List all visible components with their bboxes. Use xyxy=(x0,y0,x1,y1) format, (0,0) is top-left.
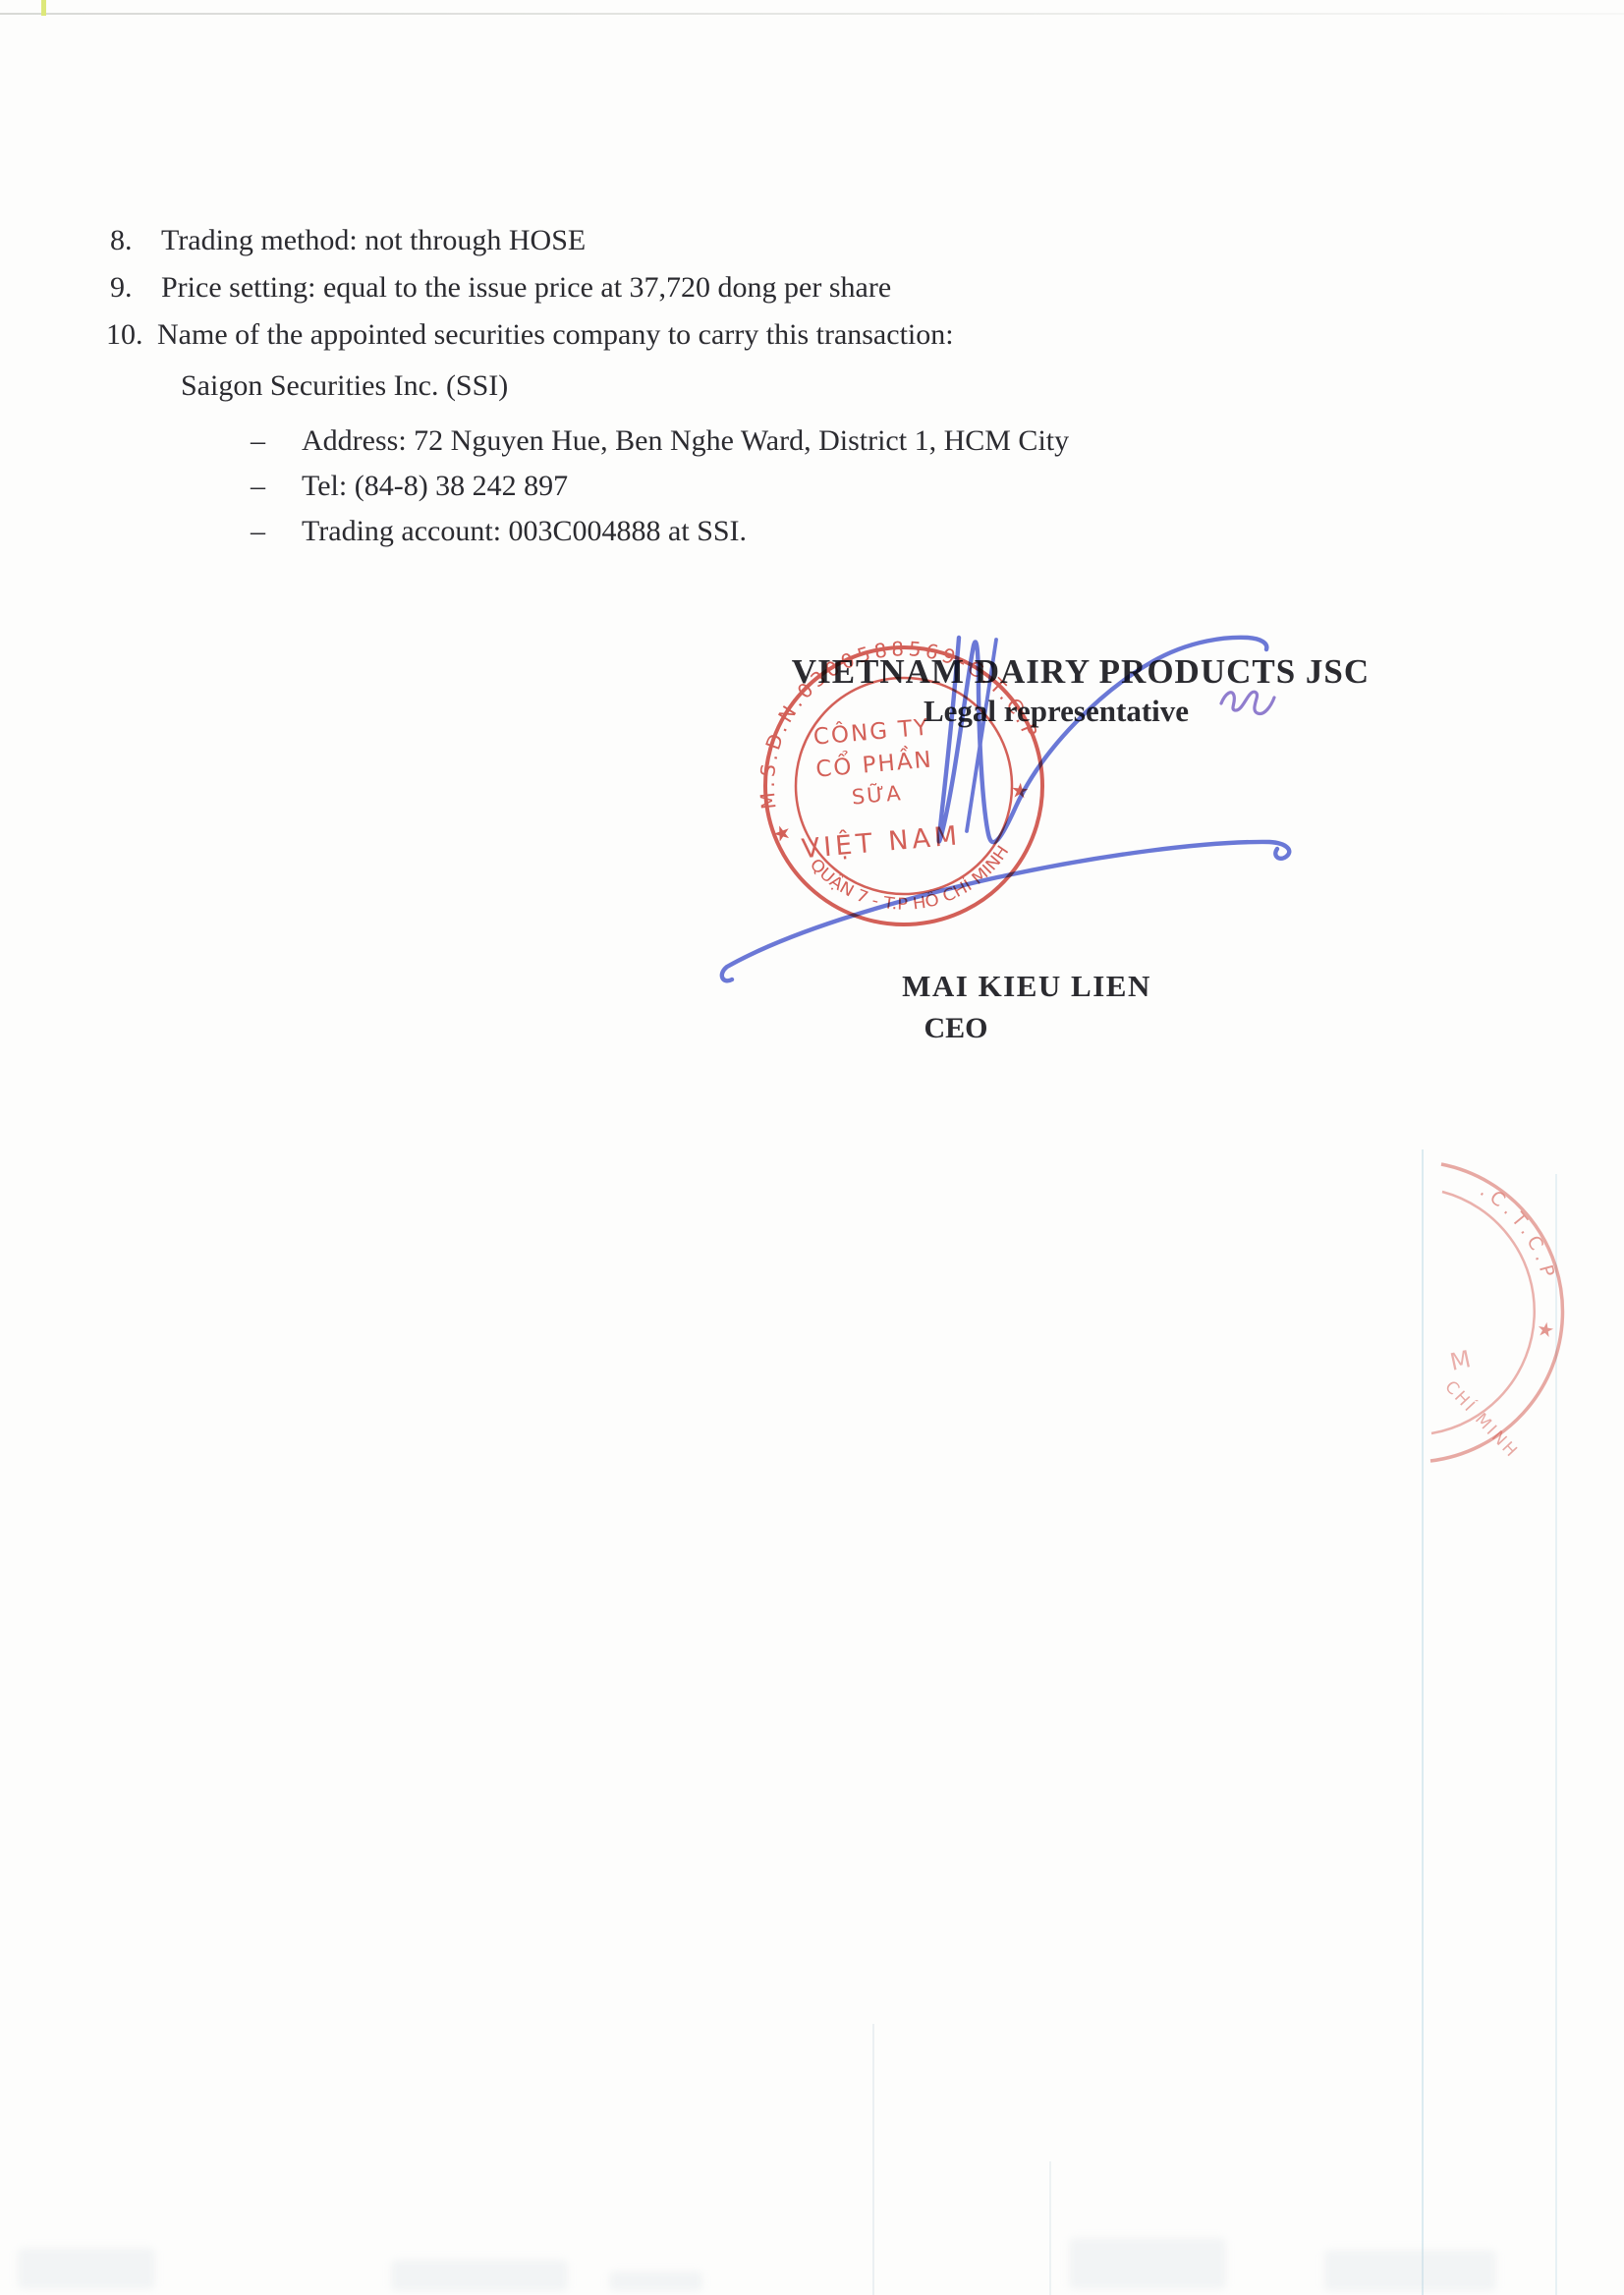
stamp-star-right-icon: ★ xyxy=(1010,778,1031,804)
scan-streak xyxy=(1555,1174,1557,2295)
stamp-center-line: SỮA xyxy=(851,779,904,809)
scan-yellow-mark xyxy=(41,0,46,16)
edge-stamp-bottom-text: CHÍ MINH xyxy=(1440,1375,1523,1462)
detail-row: –Trading account: 003C004888 at SSI. xyxy=(251,515,747,548)
scan-streak xyxy=(1049,2161,1051,2295)
edge-stamp-fragment: M xyxy=(1447,1345,1473,1376)
stamp-star-left-icon: ★ xyxy=(769,819,795,848)
signer-title: CEO xyxy=(912,1012,1000,1045)
scan-noise xyxy=(609,2271,702,2291)
dash-bullet: – xyxy=(251,515,302,548)
stamp-center-line: VIỆT NAM xyxy=(801,819,963,865)
edge-stamp-outer-arc xyxy=(1430,1164,1562,1461)
list-item: 10.Name of the appointed securities comp… xyxy=(106,318,954,352)
scan-streak xyxy=(1422,1149,1424,2295)
detail-text: Tel: (84-8) 38 242 897 xyxy=(302,470,568,502)
list-item-text: Trading method: not through HOSE xyxy=(161,224,586,256)
securities-company-line: Saigon Securities Inc. (SSI) xyxy=(181,369,508,403)
document-page: 8.Trading method: not through HOSE 9.Pri… xyxy=(0,0,1624,2295)
scan-noise xyxy=(391,2260,568,2291)
list-item-number: 9. xyxy=(110,271,161,305)
list-item-text: Name of the appointed securities company… xyxy=(157,318,954,351)
detail-text: Address: 72 Nguyen Hue, Ben Nghe Ward, D… xyxy=(302,424,1069,457)
scan-streak xyxy=(872,2024,874,2295)
dash-bullet: – xyxy=(251,424,302,458)
signer-name: MAI KIEU LIEN xyxy=(889,969,1164,1004)
dash-bullet: – xyxy=(251,470,302,503)
edge-stamp-inner-arc xyxy=(1431,1192,1535,1433)
scan-noise xyxy=(1324,2250,1496,2291)
list-item-number: 10. xyxy=(106,318,157,352)
stamp-center-line: CÔNG TY xyxy=(812,713,931,751)
detail-text: Trading account: 003C004888 at SSI. xyxy=(302,515,747,547)
scan-noise xyxy=(18,2248,155,2289)
detail-row: –Tel: (84-8) 38 242 897 xyxy=(251,470,568,503)
list-item: 9.Price setting: equal to the issue pric… xyxy=(110,271,891,305)
edge-stamp-star-icon: ★ xyxy=(1535,1316,1556,1343)
company-stamp: M.S.D.N:0300588569-C.T.C.P QUẬN 7 - T.P … xyxy=(743,625,1065,947)
scan-edge-line xyxy=(0,13,1624,15)
scan-noise xyxy=(1069,2238,1226,2289)
list-item-number: 8. xyxy=(110,224,161,257)
edge-partial-stamp: .C.T.C.P ★ CHÍ MINH M xyxy=(1430,1164,1562,1463)
detail-row: –Address: 72 Nguyen Hue, Ben Nghe Ward, … xyxy=(251,424,1069,458)
list-item: 8.Trading method: not through HOSE xyxy=(110,224,586,257)
list-item-text: Price setting: equal to the issue price … xyxy=(161,271,891,304)
edge-stamp-arc-text: .C.T.C.P xyxy=(1477,1179,1560,1284)
